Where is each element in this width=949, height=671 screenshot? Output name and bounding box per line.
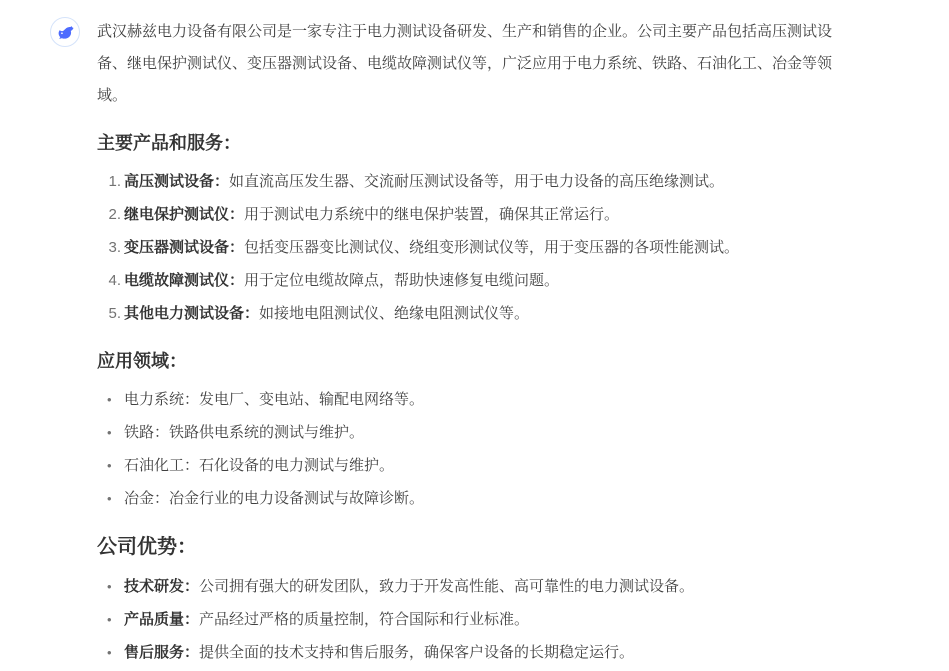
whale-logo-icon <box>55 22 76 43</box>
item-text: 用于定位电缆故障点，帮助快速修复电缆问题。 <box>244 272 559 289</box>
list-number: 1. <box>103 166 121 198</box>
bullet-icon: • <box>107 637 125 669</box>
list-number: 5. <box>103 298 121 330</box>
item-label: 高压测试设备： <box>124 173 229 190</box>
item-text: 石油化工：石化设备的电力测试与维护。 <box>124 457 394 474</box>
assistant-avatar <box>50 17 80 47</box>
products-list: 1.高压测试设备：如直流高压发生器、交流耐压测试设备等，用于电力设备的高压绝缘测… <box>97 166 859 330</box>
list-item: •技术研发：公司拥有强大的研发团队，致力于开发高性能、高可靠性的电力测试设备。 <box>97 571 859 603</box>
item-label: 售后服务： <box>124 644 199 661</box>
list-item: 2.继电保护测试仪：用于测试电力系统中的继电保护装置，确保其正常运行。 <box>97 199 859 231</box>
message-content: 武汉赫兹电力设备有限公司是一家专注于电力测试设备研发、生产和销售的企业。公司主要… <box>97 0 859 671</box>
applications-list: •电力系统：发电厂、变电站、输配电网络等。 •铁路：铁路供电系统的测试与维护。 … <box>97 384 859 515</box>
list-item: •铁路：铁路供电系统的测试与维护。 <box>97 417 859 449</box>
item-label: 产品质量： <box>124 611 199 628</box>
bullet-icon: • <box>107 604 125 636</box>
intro-paragraph: 武汉赫兹电力设备有限公司是一家专注于电力测试设备研发、生产和销售的企业。公司主要… <box>97 16 859 112</box>
list-number: 2. <box>103 199 121 231</box>
item-text: 公司拥有强大的研发团队，致力于开发高性能、高可靠性的电力测试设备。 <box>199 578 694 595</box>
section-heading-applications: 应用领域： <box>97 350 859 372</box>
list-item: 3.变压器测试设备：包括变压器变比测试仪、绕组变形测试仪等，用于变压器的各项性能… <box>97 232 859 264</box>
list-item: •电力系统：发电厂、变电站、输配电网络等。 <box>97 384 859 416</box>
list-item: •石油化工：石化设备的电力测试与维护。 <box>97 450 859 482</box>
bullet-icon: • <box>107 384 125 416</box>
item-label: 继电保护测试仪： <box>124 206 244 223</box>
item-label: 技术研发： <box>124 578 199 595</box>
bullet-icon: • <box>107 571 125 603</box>
item-label: 其他电力测试设备： <box>124 305 259 322</box>
list-number: 3. <box>103 232 121 264</box>
item-text: 如直流高压发生器、交流耐压测试设备等，用于电力设备的高压绝缘测试。 <box>229 173 724 190</box>
item-text: 提供全面的技术支持和售后服务，确保客户设备的长期稳定运行。 <box>199 644 634 661</box>
list-item: •产品质量：产品经过严格的质量控制，符合国际和行业标准。 <box>97 604 859 636</box>
item-text: 冶金：冶金行业的电力设备测试与故障诊断。 <box>124 490 424 507</box>
bullet-icon: • <box>107 417 125 449</box>
item-label: 电缆故障测试仪： <box>124 272 244 289</box>
list-item: 1.高压测试设备：如直流高压发生器、交流耐压测试设备等，用于电力设备的高压绝缘测… <box>97 166 859 198</box>
item-text: 铁路：铁路供电系统的测试与维护。 <box>124 424 364 441</box>
item-text: 产品经过严格的质量控制，符合国际和行业标准。 <box>199 611 529 628</box>
item-text: 包括变压器变比测试仪、绕组变形测试仪等，用于变压器的各项性能测试。 <box>244 239 739 256</box>
item-text: 电力系统：发电厂、变电站、输配电网络等。 <box>124 391 424 408</box>
section-heading-products: 主要产品和服务： <box>97 132 859 154</box>
assistant-message: 武汉赫兹电力设备有限公司是一家专注于电力测试设备研发、生产和销售的企业。公司主要… <box>0 0 949 671</box>
list-item: •售后服务：提供全面的技术支持和售后服务，确保客户设备的长期稳定运行。 <box>97 637 859 669</box>
advantages-list: •技术研发：公司拥有强大的研发团队，致力于开发高性能、高可靠性的电力测试设备。 … <box>97 571 859 669</box>
section-heading-advantages: 公司优势： <box>97 535 859 559</box>
bullet-icon: • <box>107 483 125 515</box>
item-label: 变压器测试设备： <box>124 239 244 256</box>
item-text: 如接地电阻测试仪、绝缘电阻测试仪等。 <box>259 305 529 322</box>
item-text: 用于测试电力系统中的继电保护装置，确保其正常运行。 <box>244 206 619 223</box>
list-number: 4. <box>103 265 121 297</box>
list-item: 5.其他电力测试设备：如接地电阻测试仪、绝缘电阻测试仪等。 <box>97 298 859 330</box>
list-item: •冶金：冶金行业的电力设备测试与故障诊断。 <box>97 483 859 515</box>
bullet-icon: • <box>107 450 125 482</box>
list-item: 4.电缆故障测试仪：用于定位电缆故障点，帮助快速修复电缆问题。 <box>97 265 859 297</box>
